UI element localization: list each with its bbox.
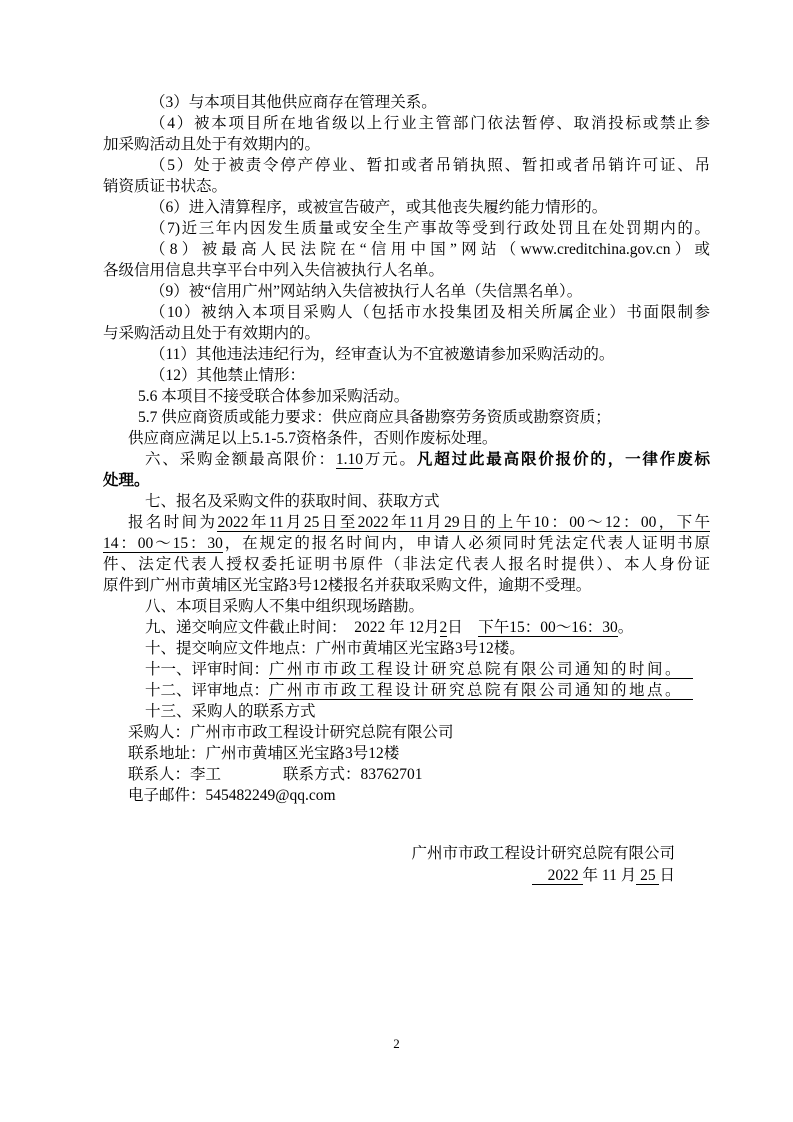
text-segment: 采购人：广州市市政工程设计研究总院有限公司 <box>128 724 454 741</box>
text-segment: ，在规定的报名时间内，申请人必须同时凭法定代表人证明书原 <box>223 535 710 552</box>
text-segment: 件、法定代表人授权委托证明书原件（非法定代表人报名时提供）、本人身份证 <box>103 556 710 573</box>
text-segment: 供应商应满足以上5.1-5.7资格条件，否则作废标处理。 <box>128 430 497 447</box>
text-segment: 广州市市政工程设计研究总院有限公司通知的地点。 <box>269 682 693 700</box>
text-segment: 原件到广州市黄埔区光宝路3号12楼报名并获取采购文件，逾期不受理。 <box>103 577 591 594</box>
text-segment: 各级信用信息共享平台中列入失信被执行人名单。 <box>103 262 444 279</box>
document-page: （3）与本项目其他供应商存在管理关系。（4）被本项目所在地省级以上行业主管部门依… <box>0 0 793 1122</box>
item-10-line-2: 与采购活动且处于有效期内的。 <box>103 323 710 344</box>
item-5-line-2: 销资质证书状态。 <box>103 176 710 197</box>
text-segment: 联系人：李工 联系方式：83762701 <box>128 766 423 783</box>
clause-5-6: 5.6 本项目不接受联合体参加采购活动。 <box>103 386 710 407</box>
section-9: 九、递交响应文件截止时间： 2022 年 12月2日 下午15：00～16：30… <box>103 617 710 638</box>
registration-line-1: 报名时间为2022年11月25日至2022年11月29日的上午10：00～12：… <box>103 512 710 533</box>
item-7-line-1: （7)近三年内因发生质量或安全生产事故等受到行政处罚且在处罚期内的。 <box>103 218 710 239</box>
text-segment: 年 11 月 <box>583 867 637 884</box>
text-segment: 万元。 <box>363 451 417 468</box>
text-segment: 六、采购金额最高限价： <box>145 451 336 468</box>
registration-line-2: 14：00～15：30，在规定的报名时间内，申请人必须同时凭法定代表人证明书原 <box>103 533 710 554</box>
item-5-line-1: （5）处于被责令停产停业、暂扣或者吊销执照、暂扣或者吊销许可证、吊 <box>103 155 710 176</box>
text-segment: 1.10 <box>336 451 363 469</box>
text-segment: （11）其他违法违纪行为，经审查认为不宜被邀请参加采购活动的。 <box>150 346 614 363</box>
signature-date: 2022 年 11 月 25 日 <box>411 865 675 887</box>
text-segment: 十二、评审地点： <box>145 682 269 699</box>
item-8-line-2: 各级信用信息共享平台中列入失信被执行人名单。 <box>103 260 710 281</box>
text-segment: 处理。 <box>103 472 150 489</box>
clause-5-7: 5.7 供应商资质或能力要求：供应商应具备勘察劳务资质或勘察资质； <box>103 407 710 428</box>
text-segment: 14：00～15：30 <box>103 535 223 553</box>
contact-email: 电子邮件：545482249@qq.com <box>103 785 710 806</box>
item-12-line-1: （12）其他禁止情形： <box>103 365 710 386</box>
text-segment: 销资质证书状态。 <box>103 178 227 195</box>
text-segment: 广州市市政工程设计研究总院有限公司通知的时间。 <box>269 661 693 679</box>
document-body: （3）与本项目其他供应商存在管理关系。（4）被本项目所在地省级以上行业主管部门依… <box>103 92 710 806</box>
section-12: 十二、评审地点：广州市市政工程设计研究总院有限公司通知的地点。 <box>103 680 710 701</box>
section-7: 七、报名及采购文件的获取时间、获取方式 <box>103 491 710 512</box>
item-11-line-1: （11）其他违法违纪行为，经审查认为不宜被邀请参加采购活动的。 <box>103 344 710 365</box>
text-segment: 九、递交响应文件截止时间： 2022 年 12月 <box>145 619 440 636</box>
text-segment: 2022年11月25日至2022年11月29日的上午10：00～12：00，下午 <box>217 514 710 532</box>
text-segment: 联系地址：广州市黄埔区光宝路3号12楼 <box>128 745 399 762</box>
item-4-line-1: （4）被本项目所在地省级以上行业主管部门依法暂停、取消投标或禁止参 <box>103 113 710 134</box>
text-segment: 十三、采购人的联系方式 <box>145 703 316 720</box>
clause-5-7-note: 供应商应满足以上5.1-5.7资格条件，否则作废标处理。 <box>103 428 710 449</box>
signature-company: 广州市市政工程设计研究总院有限公司 <box>411 843 675 865</box>
text-segment: 下午15：00～16：30 <box>478 619 618 637</box>
section-8: 八、本项目采购人不集中组织现场踏勘。 <box>103 596 710 617</box>
item-3-line-1: （3）与本项目其他供应商存在管理关系。 <box>103 92 710 113</box>
text-segment: 七、报名及采购文件的获取时间、获取方式 <box>145 493 440 510</box>
text-segment: 八、本项目采购人不集中组织现场踏勘。 <box>145 598 424 615</box>
item-8-line-1: （8）被最高人民法院在“信用中国”网站（www.creditchina.gov.… <box>103 239 710 260</box>
contact-person: 联系人：李工 联系方式：83762701 <box>103 764 710 785</box>
text-segment: 加采购活动且处于有效期内的。 <box>103 136 320 153</box>
contact-address: 联系地址：广州市黄埔区光宝路3号12楼 <box>103 743 710 764</box>
text-segment: 25 <box>636 867 659 885</box>
text-segment: 日 <box>447 619 478 636</box>
text-segment: （4）被本项目所在地省级以上行业主管部门依法暂停、取消投标或禁止参 <box>150 115 710 132</box>
text-segment: （6）进入清算程序，或被宣告破产，或其他丧失履约能力情形的。 <box>150 199 607 216</box>
text-segment: 报名时间为 <box>128 514 217 531</box>
text-segment: （5）处于被责令停产停业、暂扣或者吊销执照、暂扣或者吊销许可证、吊 <box>150 157 710 174</box>
text-segment: （12）其他禁止情形： <box>150 367 305 384</box>
section-13: 十三、采购人的联系方式 <box>103 701 710 722</box>
contact-purchaser: 采购人：广州市市政工程设计研究总院有限公司 <box>103 722 710 743</box>
text-segment: 5.6 本项目不接受联合体参加采购活动。 <box>138 388 409 405</box>
registration-line-3: 件、法定代表人授权委托证明书原件（非法定代表人报名时提供）、本人身份证 <box>103 554 710 575</box>
text-segment: （9）被“信用广州”网站纳入失信被执行人名单（失信黑名单）。 <box>150 283 582 300</box>
text-segment: 2022 <box>532 867 582 885</box>
text-segment: 十一、评审时间： <box>145 661 269 678</box>
item-4-line-2: 加采购活动且处于有效期内的。 <box>103 134 710 155</box>
text-segment: （10）被纳入本项目采购人（包括市水投集团及相关所属企业）书面限制参 <box>150 304 710 321</box>
text-segment: 凡超过此最高限价报价的，一律作废标 <box>417 451 710 468</box>
section-10: 十、提交响应文件地点：广州市黄埔区光宝路3号12楼。 <box>103 638 710 659</box>
text-segment: （3）与本项目其他供应商存在管理关系。 <box>150 94 437 111</box>
section-6-line-1: 六、采购金额最高限价：1.10万元。凡超过此最高限价报价的，一律作废标 <box>103 449 710 470</box>
registration-line-4: 原件到广州市黄埔区光宝路3号12楼报名并获取采购文件，逾期不受理。 <box>103 575 710 596</box>
text-segment: （8）被最高人民法院在“信用中国”网站（www.creditchina.gov.… <box>150 241 710 258</box>
item-10-line-1: （10）被纳入本项目采购人（包括市水投集团及相关所属企业）书面限制参 <box>103 302 710 323</box>
text-segment: 与采购活动且处于有效期内的。 <box>103 325 320 342</box>
text-segment: 电子邮件：545482249@qq.com <box>128 787 336 804</box>
text-segment: 5.7 供应商资质或能力要求：供应商应具备勘察劳务资质或勘察资质； <box>138 409 611 426</box>
section-11: 十一、评审时间：广州市市政工程设计研究总院有限公司通知的时间。 <box>103 659 710 680</box>
section-6-line-2: 处理。 <box>103 470 710 491</box>
text-segment: （7)近三年内因发生质量或安全生产事故等受到行政处罚且在处罚期内的。 <box>150 220 710 237</box>
item-9-line-1: （9）被“信用广州”网站纳入失信被执行人名单（失信黑名单）。 <box>103 281 710 302</box>
text-segment: 日 <box>659 867 675 884</box>
page-number: 2 <box>0 1036 793 1052</box>
item-6-line-1: （6）进入清算程序，或被宣告破产，或其他丧失履约能力情形的。 <box>103 197 710 218</box>
signature-block: 广州市市政工程设计研究总院有限公司 2022 年 11 月 25 日 <box>411 843 675 886</box>
text-segment: 十、提交响应文件地点：广州市黄埔区光宝路3号12楼。 <box>145 640 525 657</box>
text-segment: 。 <box>618 619 634 636</box>
